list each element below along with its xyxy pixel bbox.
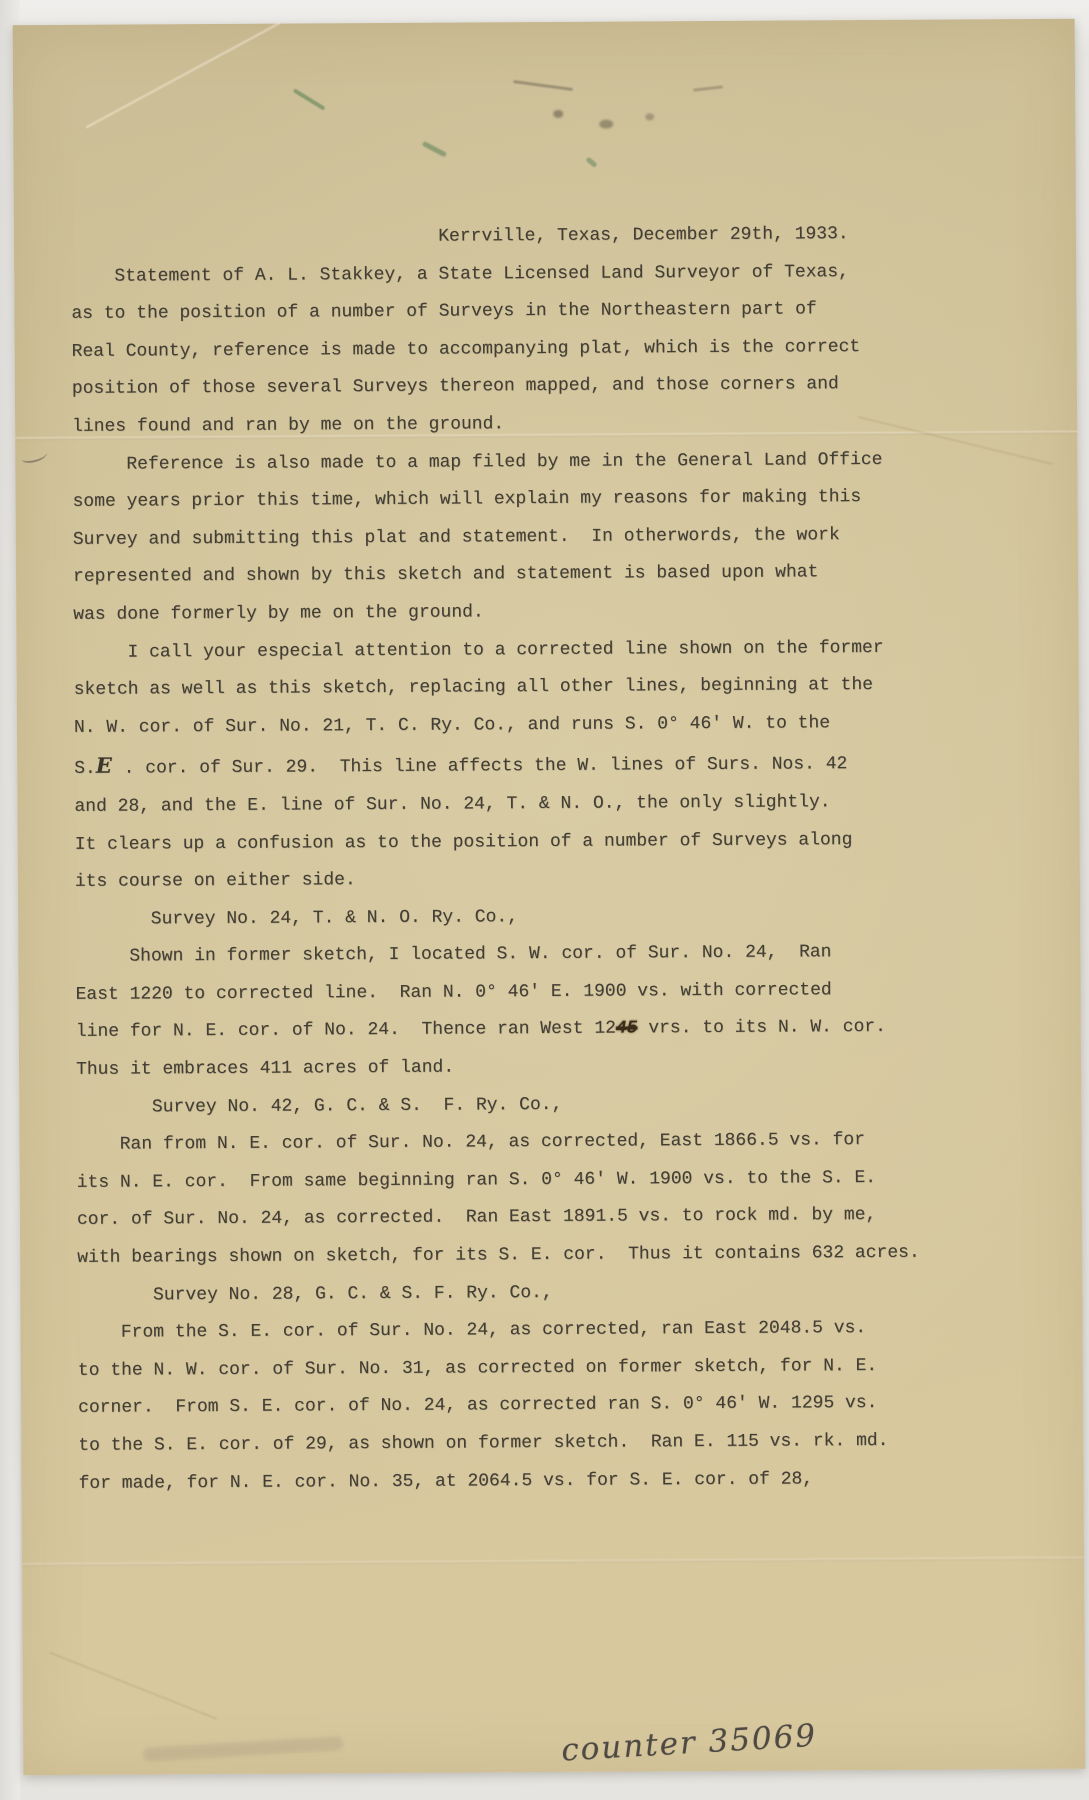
- text-line: with bearings shown on sketch, for its S…: [77, 1234, 1027, 1277]
- text-line: Reference is also made to a map filed by…: [72, 441, 1022, 484]
- ink-stain: [513, 80, 573, 91]
- survey-heading-line: Survey No. 42, G. C. & S. F. Ry. Co.,: [76, 1084, 1026, 1127]
- text-line: its course on either side.: [75, 858, 1025, 901]
- pencil-smudge: [143, 1736, 343, 1762]
- text-segment: line for N. E. cor. of No. 24. Thence ra…: [76, 1019, 616, 1042]
- text-line: lines found and ran by me on the ground.: [72, 403, 1022, 446]
- text-line: Ran from N. E. cor. of Sur. No. 24, as c…: [76, 1121, 1026, 1164]
- text-line: Real County, reference is made to accomp…: [72, 328, 1022, 371]
- text-segment: vrs. to its N. W. cor.: [637, 1017, 886, 1039]
- paper-crease: [49, 1651, 217, 1719]
- text-line: Thus it embraces 411 acres of land.: [76, 1046, 1026, 1089]
- text-segment: . cor. of Sur. 29. This line affects the…: [113, 754, 848, 778]
- text-line: corner. From S. E. cor. of No. 24, as co…: [78, 1384, 1028, 1427]
- text-line: I call your especial attention to a corr…: [73, 629, 1023, 672]
- paper-crease: [86, 22, 281, 128]
- text-line: It clears up a confusion as to the posit…: [75, 821, 1025, 864]
- ink-stain: [293, 88, 326, 110]
- text-line: Statement of A. L. Stakkey, a State Lice…: [71, 253, 1021, 296]
- text-line: represented and shown by this sketch and…: [73, 553, 1023, 596]
- paper-crease: [22, 1557, 1084, 1566]
- ink-stain: [585, 156, 597, 168]
- survey-heading-line: Survey No. 28, G. C. & S. F. Ry. Co.,: [77, 1272, 1027, 1315]
- text-line: to the S. E. cor. of 29, as shown on for…: [78, 1422, 1028, 1465]
- text-line: cor. of Sur. No. 24, as corrected. Ran E…: [77, 1197, 1027, 1240]
- text-line: From the S. E. cor. of Sur. No. 24, as c…: [78, 1309, 1028, 1352]
- text-line: for made, for N. E. cor. No. 35, at 2064…: [78, 1460, 1028, 1503]
- overwritten-number-correction: 45: [616, 1019, 638, 1039]
- text-line: N. W. cor. of Sur. No. 21, T. C. Ry. Co.…: [74, 704, 1024, 747]
- ink-stain: [553, 110, 563, 118]
- text-line: position of those several Surveys thereo…: [72, 365, 1022, 408]
- counter-number-annotation: counter 35069: [560, 1718, 818, 1769]
- text-line: as to the position of a number of Survey…: [71, 290, 1021, 333]
- ink-stain: [693, 85, 723, 91]
- text-segment: S.: [74, 759, 96, 779]
- typewritten-text-block: Kerrville, Texas, December 29th, 1933. S…: [71, 215, 1029, 1503]
- text-line-with-handwritten-correction: line for N. E. cor. of No. 24. Thence ra…: [76, 1009, 1026, 1052]
- date-line: Kerrville, Texas, December 29th, 1933.: [71, 215, 1021, 258]
- ink-stain: [599, 120, 613, 129]
- handwritten-letter-correction: E: [96, 753, 113, 778]
- text-line: Survey and submitting this plat and stat…: [73, 516, 1023, 559]
- ink-stain: [645, 113, 654, 120]
- document-page: Kerrville, Texas, December 29th, 1933. S…: [13, 19, 1086, 1775]
- text-line: sketch as well as this sketch, replacing…: [74, 666, 1024, 709]
- pencil-checkmark: [20, 448, 48, 464]
- text-line: Shown in former sketch, I located S. W. …: [75, 933, 1025, 976]
- text-line: East 1220 to corrected line. Ran N. 0° 4…: [75, 971, 1025, 1014]
- survey-heading-line: Survey No. 24, T. & N. O. Ry. Co.,: [75, 896, 1025, 939]
- text-line: was done formerly by me on the ground.: [73, 591, 1023, 634]
- ink-stain: [422, 141, 447, 157]
- text-line: and 28, and the E. line of Sur. No. 24, …: [74, 783, 1024, 826]
- text-line-with-handwritten-correction: S.E . cor. of Sur. 29. This line affects…: [74, 741, 1024, 788]
- text-line: some years prior this time, which will e…: [72, 478, 1022, 521]
- text-line: its N. E. cor. From same beginning ran S…: [77, 1159, 1027, 1202]
- text-line: to the N. W. cor. of Sur. No. 31, as cor…: [78, 1347, 1028, 1390]
